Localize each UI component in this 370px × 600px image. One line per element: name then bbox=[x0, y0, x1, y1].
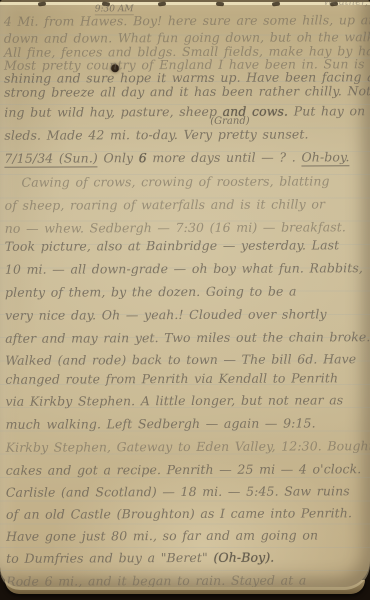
handwritten-text-segment: 7/15/34 (Sun.) bbox=[4, 150, 98, 167]
handwritten-line: Rode 6 mi., and it began to rain. Stayed… bbox=[6, 572, 306, 587]
diary-page: Weather, 9:30 AM (Grand) 4 Mi. from Hawe… bbox=[0, 0, 370, 587]
handwritten-line: Took picture, also at Bainbridge — yeste… bbox=[5, 237, 340, 253]
handwritten-line: no — whew. Sedbergh — 7:30 (16 mi) — bre… bbox=[5, 219, 346, 235]
handwritten-line: plenty of them, by the dozen. Going to b… bbox=[5, 284, 297, 300]
handwritten-text-segment: changed route from Penrith via Kendall t… bbox=[5, 370, 338, 386]
handwritten-text-segment: Took picture, also at Bainbridge — yeste… bbox=[5, 237, 340, 253]
handwritten-line: ing but wild hay, pasture, sheep and cow… bbox=[4, 103, 365, 120]
handwritten-text-segment: very nice day. Oh — yeah.! Clouded over … bbox=[5, 306, 327, 322]
handwritten-line: cakes and got a recipe. Penrith — 25 mi … bbox=[6, 461, 362, 478]
handwritten-text-segment: cakes and got a recipe. Penrith — 25 mi … bbox=[6, 461, 362, 478]
handwritten-text-segment: plenty of them, by the dozen. Going to b… bbox=[5, 284, 297, 300]
handwritten-text-segment: ing but wild hay, pasture, sheep bbox=[4, 104, 222, 120]
handwritten-text-segment: of sheep, roaring of waterfalls and is i… bbox=[5, 196, 326, 212]
handwritten-text-segment: Oh-boy. bbox=[301, 149, 349, 166]
handwritten-line: very nice day. Oh — yeah.! Clouded over … bbox=[5, 306, 327, 322]
handwritten-text-segment: after and may rain yet. Two miles out th… bbox=[5, 329, 370, 346]
handwritten-text-segment: strong breeze all day and it has been ra… bbox=[4, 83, 370, 100]
handwritten-text-segment: 10 mi. — all down-grade — oh boy what fu… bbox=[5, 260, 363, 277]
handwritten-text-segment: Walked (and rode) back to town — The bil… bbox=[5, 351, 356, 368]
handwritten-text-segment: via Kirkby Stephen. A little longer, but… bbox=[5, 392, 343, 408]
handwritten-text-segment: Rode 6 mi., and it began to rain. Stayed… bbox=[6, 572, 306, 587]
handwritten-line: via Kirkby Stephen. A little longer, but… bbox=[5, 392, 343, 408]
handwritten-line: to Dumfries and buy a "Beret" (Oh-Boy). bbox=[6, 550, 274, 566]
handwritten-text-segment: to Dumfries and buy a "Beret" bbox=[6, 550, 213, 566]
handwritten-line: Carlisle (and Scotland) — 18 mi. — 5:45.… bbox=[6, 483, 350, 500]
handwritten-text-segment: Put hay on bbox=[288, 103, 365, 118]
handwritten-line: strong breeze all day and it has been ra… bbox=[4, 83, 370, 100]
handwritten-line: sleds. Made 42 mi. to-day. Very pretty s… bbox=[4, 126, 308, 142]
handwritten-text-segment: and cows. bbox=[223, 104, 289, 119]
handwritten-text-segment: sleds. Made 42 mi. to-day. Very pretty s… bbox=[4, 126, 308, 142]
handwriting-layer: 9:30 AM (Grand) 4 Mi. from Hawes. Boy! h… bbox=[0, 0, 370, 587]
handwritten-text-segment: Cawing of crows, crowing of roosters, bl… bbox=[21, 173, 329, 189]
handwritten-line: of sheep, roaring of waterfalls and is i… bbox=[5, 196, 326, 212]
handwritten-line: much walking. Left Sedbergh — again — 9:… bbox=[6, 415, 316, 431]
handwritten-text-segment: Kirkby Stephen, Gateway to Eden Valley, … bbox=[6, 438, 370, 455]
handwritten-text-segment: Have gone just 80 mi., so far and am goi… bbox=[6, 527, 318, 543]
handwritten-line: 4 Mi. from Hawes. Boy! here sure are som… bbox=[4, 12, 370, 29]
handwritten-line: changed route from Penrith via Kendall t… bbox=[5, 370, 338, 386]
handwritten-text-segment: more days until — ? . bbox=[147, 149, 302, 165]
handwritten-line: Have gone just 80 mi., so far and am goi… bbox=[6, 527, 318, 543]
handwritten-text-segment: (Oh-Boy). bbox=[213, 550, 274, 565]
handwritten-text-segment: of an old Castle (Broughton) as I came i… bbox=[6, 505, 352, 522]
handwritten-line: Walked (and rode) back to town — The bil… bbox=[5, 351, 356, 368]
handwritten-text-segment: Carlisle (and Scotland) — 18 mi. — 5:45.… bbox=[6, 483, 350, 500]
handwritten-text-segment: Only bbox=[98, 150, 139, 165]
handwritten-line: 7/15/34 (Sun.) Only 6 more days until — … bbox=[4, 149, 349, 166]
handwritten-line: after and may rain yet. Two miles out th… bbox=[5, 329, 370, 346]
handwritten-text-segment: 4 Mi. from Hawes. Boy! here sure are som… bbox=[4, 12, 370, 29]
handwritten-line: of an old Castle (Broughton) as I came i… bbox=[6, 505, 352, 522]
handwritten-line: 10 mi. — all down-grade — oh boy what fu… bbox=[5, 260, 363, 277]
handwritten-text-segment: no — whew. Sedbergh — 7:30 (16 mi) — bre… bbox=[5, 219, 346, 235]
handwritten-line: Kirkby Stephen, Gateway to Eden Valley, … bbox=[6, 438, 370, 455]
handwritten-text-segment: much walking. Left Sedbergh — again — 9:… bbox=[6, 415, 316, 431]
handwritten-line: Cawing of crows, crowing of roosters, bl… bbox=[21, 173, 329, 189]
